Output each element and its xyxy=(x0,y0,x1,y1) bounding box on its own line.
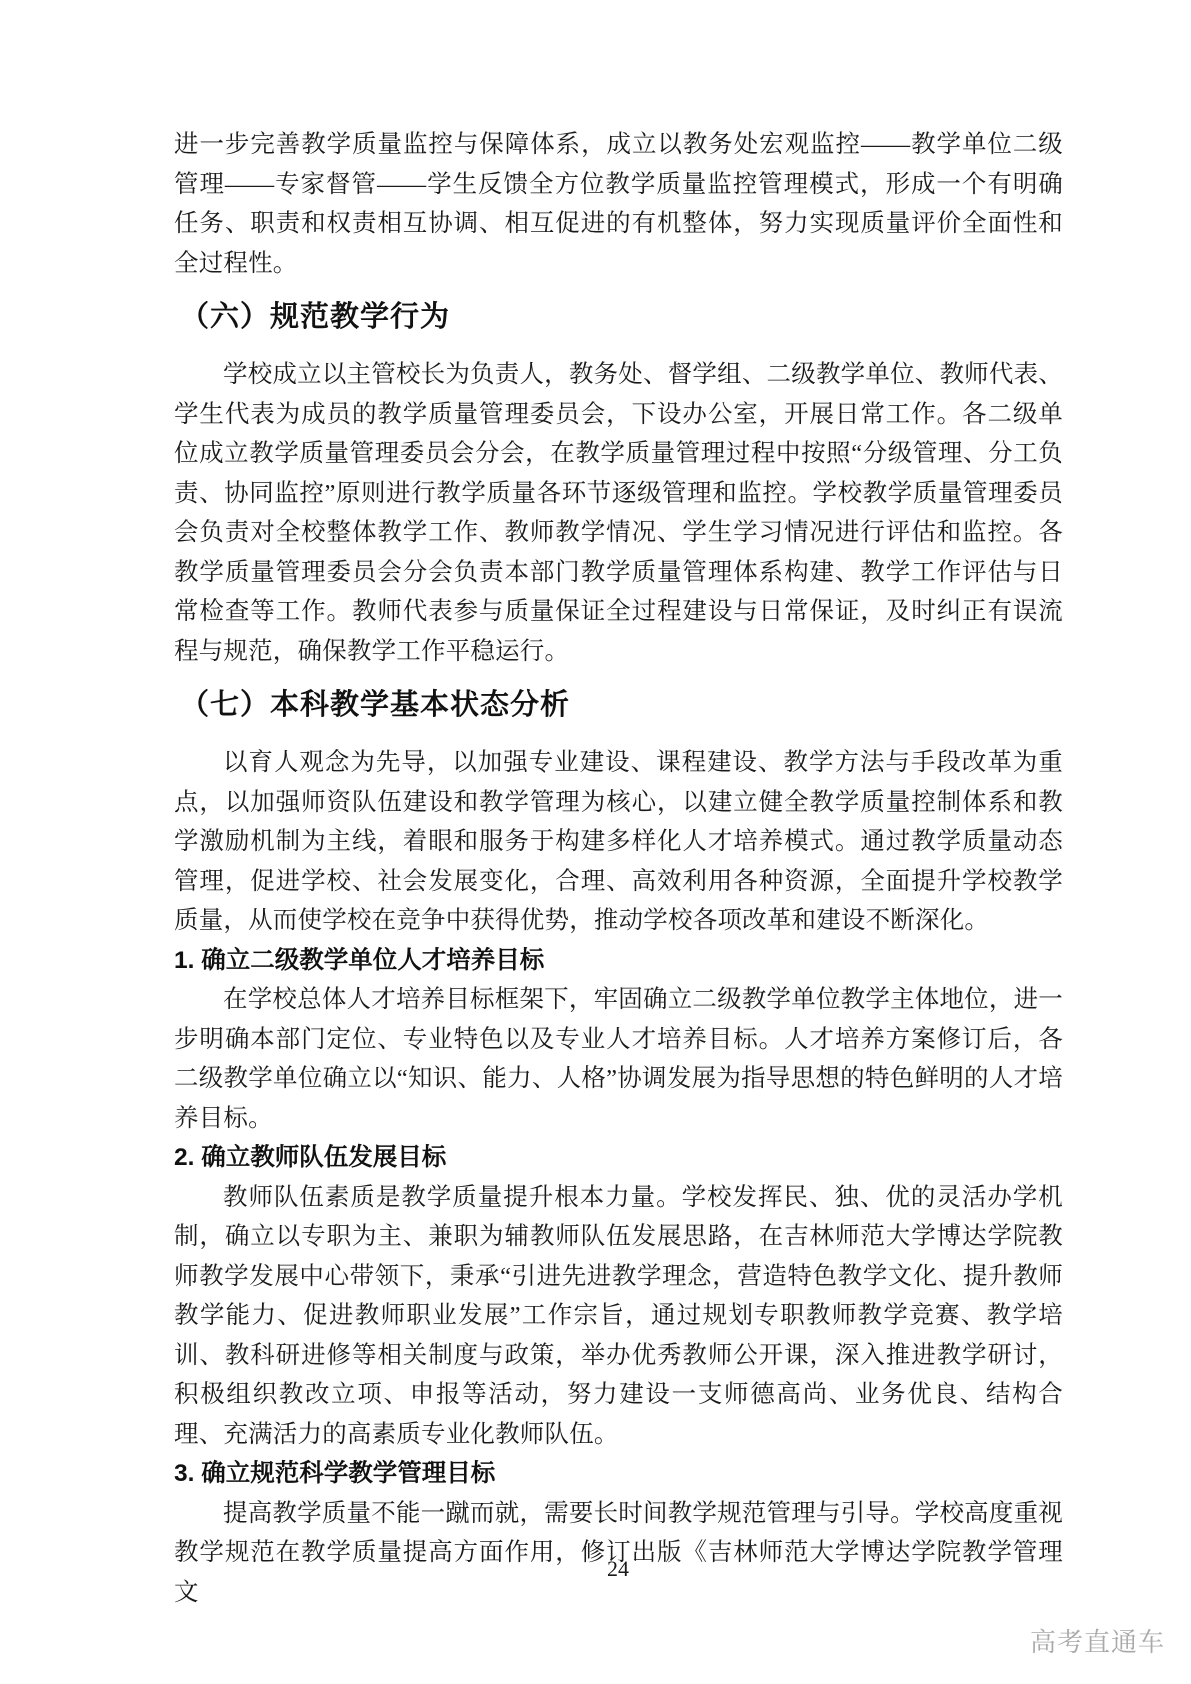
document-page: 进一步完善教学质量监控与保障体系，成立以教务处宏观监控——教学单位二级管理——专… xyxy=(0,0,1191,1684)
subsection-title-1: 1. 确立二级教学单位人才培养目标 xyxy=(174,941,1063,981)
subsection-2-paragraph: 教师队伍素质是教学质量提升根本力量。学校发挥民、独、优的灵活办学机制，确立以专职… xyxy=(174,1178,1063,1455)
subsection-3-paragraph: 提高教学质量不能一蹴而就，需要长时间教学规范管理与引导。学校高度重视教学规范在教… xyxy=(174,1494,1063,1613)
page-number: 24 xyxy=(607,1554,629,1584)
subsection-title-3: 3. 确立规范科学教学管理目标 xyxy=(174,1454,1063,1494)
page-body: 进一步完善教学质量监控与保障体系，成立以教务处宏观监控——教学单位二级管理——专… xyxy=(174,125,1063,1612)
paragraph-continuation: 进一步完善教学质量监控与保障体系，成立以教务处宏观监控——教学单位二级管理——专… xyxy=(174,125,1063,283)
subsection-1-paragraph: 在学校总体人才培养目标框架下，牢固确立二级教学单位教学主体地位，进一步明确本部门… xyxy=(174,980,1063,1138)
section-6-paragraph: 学校成立以主管校长为负责人，教务处、督学组、二级教学单位、教师代表、学生代表为成… xyxy=(174,355,1063,671)
subsection-title-2: 2. 确立教师队伍发展目标 xyxy=(174,1138,1063,1178)
section-heading-6: （六）规范教学行为 xyxy=(180,295,1063,339)
section-7-lead-paragraph: 以育人观念为先导，以加强专业建设、课程建设、教学方法与手段改革为重点，以加强师资… xyxy=(174,743,1063,941)
section-heading-7: （七）本科教学基本状态分析 xyxy=(180,683,1063,727)
watermark: 高考直通车 xyxy=(1030,1627,1165,1657)
